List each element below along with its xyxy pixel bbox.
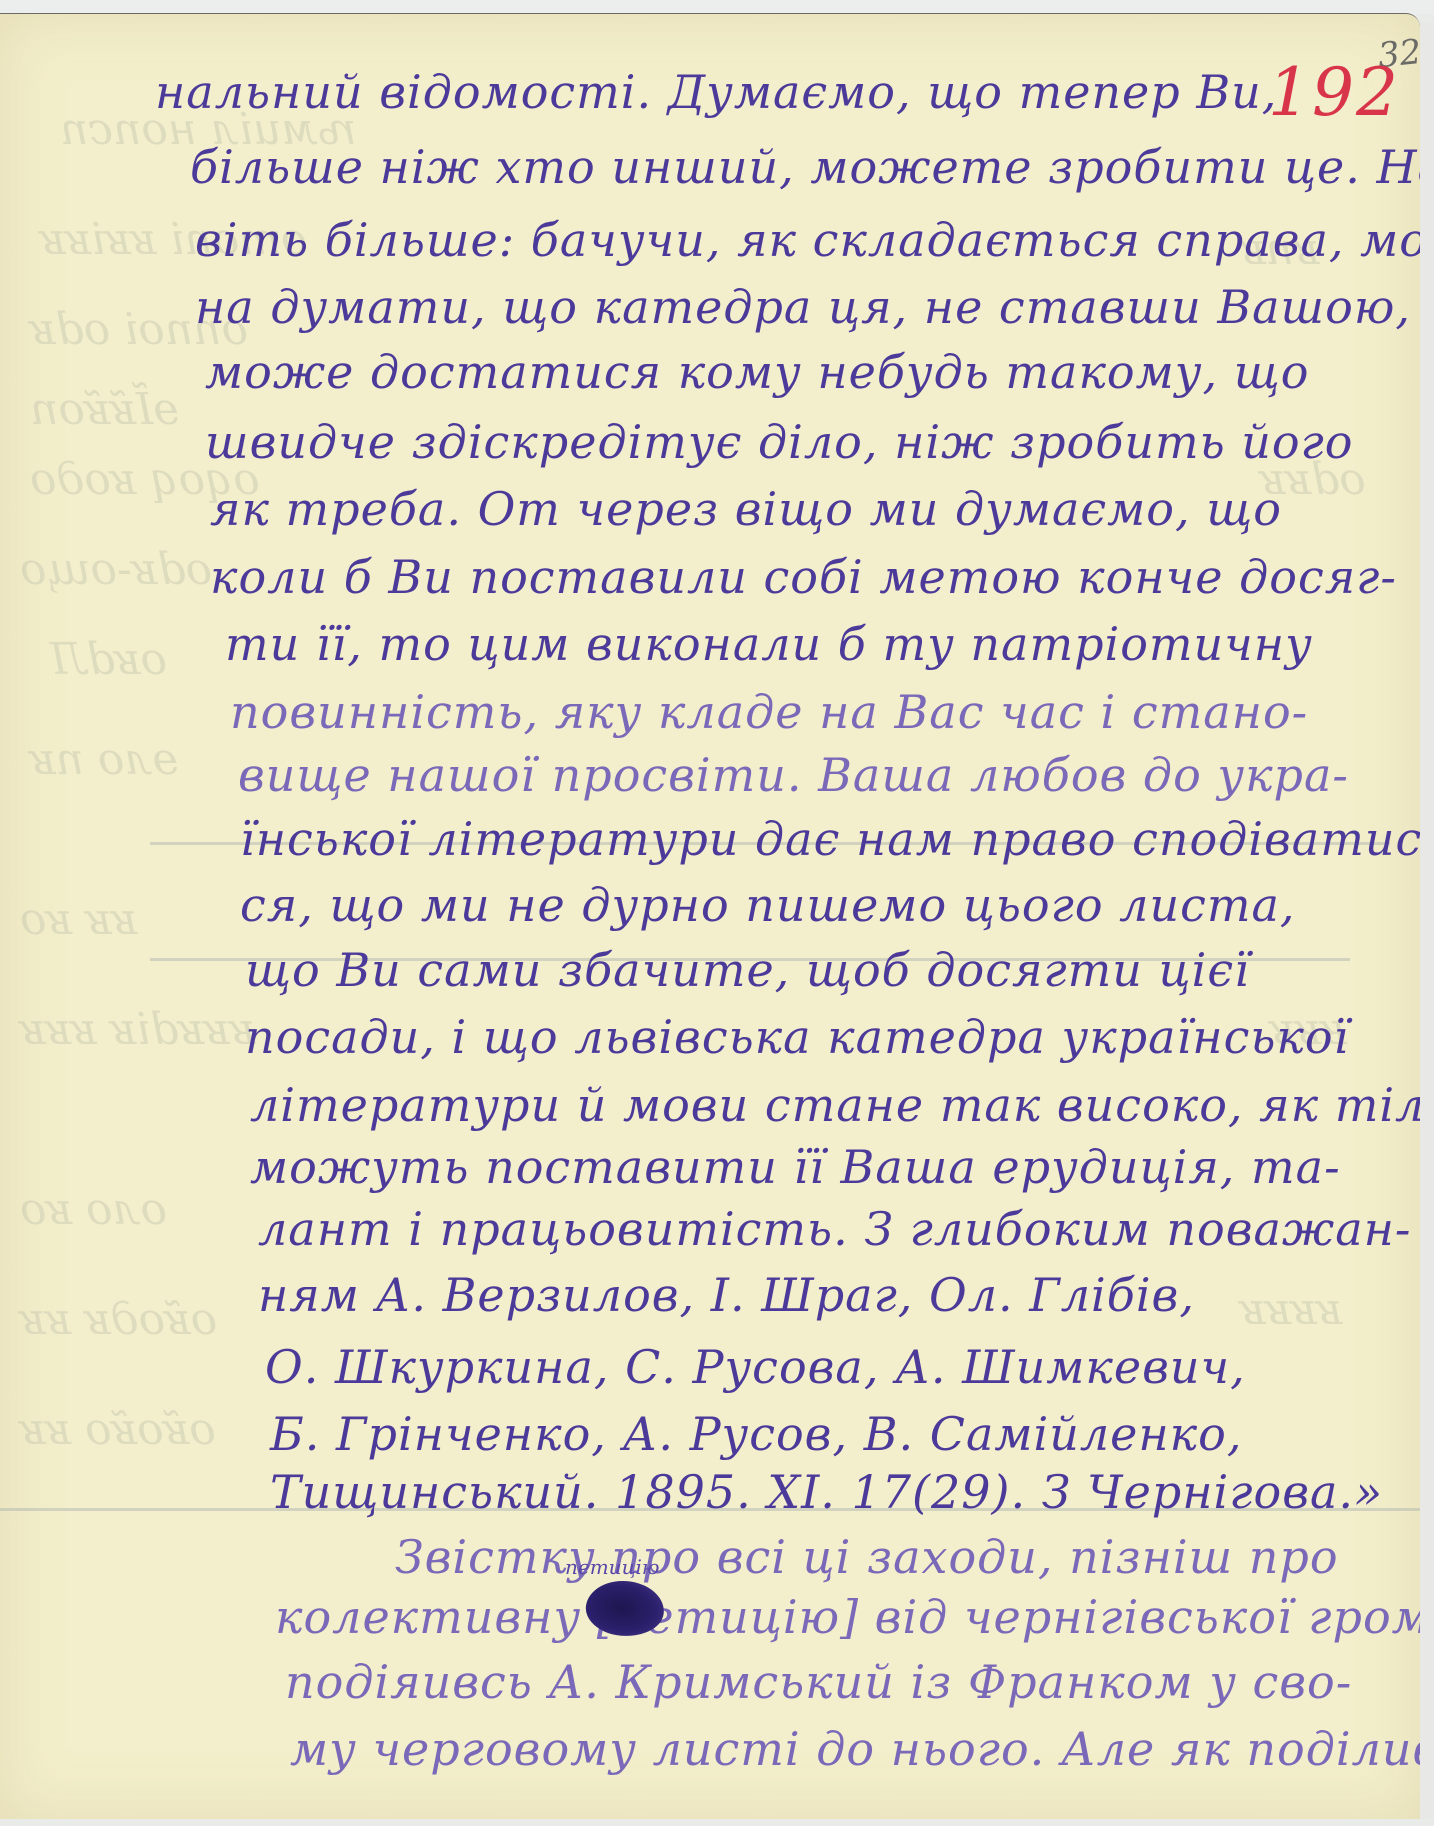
text-line-11: вище нашої просвіти. Ваша любов до укра- <box>238 752 1349 798</box>
text-line-8: коли б Ви поставили собі метою конче дос… <box>210 554 1397 600</box>
text-line-21: Б. Грінченко, А. Русов, В. Самійленко, <box>270 1411 1242 1457</box>
text-line-12: їнської літератури дає нам право сподіва… <box>240 816 1434 862</box>
text-line-19: ням А. Верзилов, І. Шраг, Ол. Глібів, <box>258 1272 1195 1318</box>
text-line-22: Тищинський. 1895. XI. 17(29). З Чернігов… <box>270 1469 1383 1515</box>
bleed-through: ɘло пʁ <box>30 734 178 785</box>
text-line-26: му черговому листі до нього. Але як поді… <box>290 1726 1434 1772</box>
bleed-through: ʁʁ ʁо <box>20 894 137 945</box>
text-line-24: колективну [петицію] від чернігівської г… <box>275 1594 1434 1640</box>
bleed-through: оʁ̃оʁ̃о ʁʁ <box>20 1404 216 1455</box>
manuscript-page: ѣмиіл нопсп отопі ʁʁіʁʁ оппоі оdʁ ɘІ̃ʁ̃ʁ… <box>0 13 1420 1819</box>
text-line-17: можуть поставити її Ваша ерудиція, та- <box>250 1144 1341 1190</box>
bleed-through: ɘІ̃ʁ̃ʁ̃оп <box>30 384 179 435</box>
text-line-14: що Ви сами збачите, щоб досягти цієї <box>245 947 1250 993</box>
bleed-through: ʁʁʁʁ <box>1240 1284 1342 1335</box>
text-line-6: швидче здіскредітує діло, ніж зробить йо… <box>205 419 1354 465</box>
bleed-through: оʁ̃одʁ ʁʁ <box>20 1294 217 1345</box>
text-line-4: на думати, що катедра ця, не ставши Вашо… <box>195 284 1411 330</box>
folio-number-red: 192 <box>1268 54 1400 131</box>
bleed-through: оло ʁо <box>20 1184 167 1235</box>
bleed-through: ʁʁʁdіʁ ʁʁʁ <box>20 1004 255 1055</box>
text-line-1: нальний відомості. Думаємо, що тепер Ви, <box>155 69 1277 115</box>
text-line-16: літератури й мови стане так високо, як т… <box>250 1082 1434 1128</box>
text-line-13: ся, що ми не дурно пишемо цього листа, <box>240 882 1296 928</box>
text-line-9: ти її, то цим виконали б ту патріотичну <box>225 621 1313 667</box>
text-line-15: посади, і що львівська катедра українськ… <box>245 1014 1349 1060</box>
scanner-background <box>0 0 1434 14</box>
text-line-20: О. Шкуркина, С. Русова, А. Шимкевич, <box>265 1344 1246 1390</box>
text-line-25: подіяивсь А. Кримський із Франком у сво- <box>285 1659 1352 1705</box>
superscript-correction: петицію <box>565 1555 660 1579</box>
bleed-through: оʁdЛ <box>50 634 167 685</box>
text-line-7: як треба. От через віщо ми думаємо, що <box>210 486 1282 532</box>
text-line-18: лант і працьовитість. З глибоким поважан… <box>258 1206 1411 1252</box>
text-line-3: віть більше: бачучи, як складається спра… <box>195 217 1434 263</box>
bleed-through: оdʁ-ощо <box>20 544 212 595</box>
text-line-10: повинність, яку кладе на Вас час і стано… <box>230 689 1308 735</box>
text-line-5: може достатися кому небудь такому, що <box>205 349 1309 395</box>
text-line-2: більше ніж хто инший, можете зробити це.… <box>190 144 1434 190</box>
text-line-23: Звістку про всі ці заходи, пізніш про <box>395 1534 1339 1580</box>
